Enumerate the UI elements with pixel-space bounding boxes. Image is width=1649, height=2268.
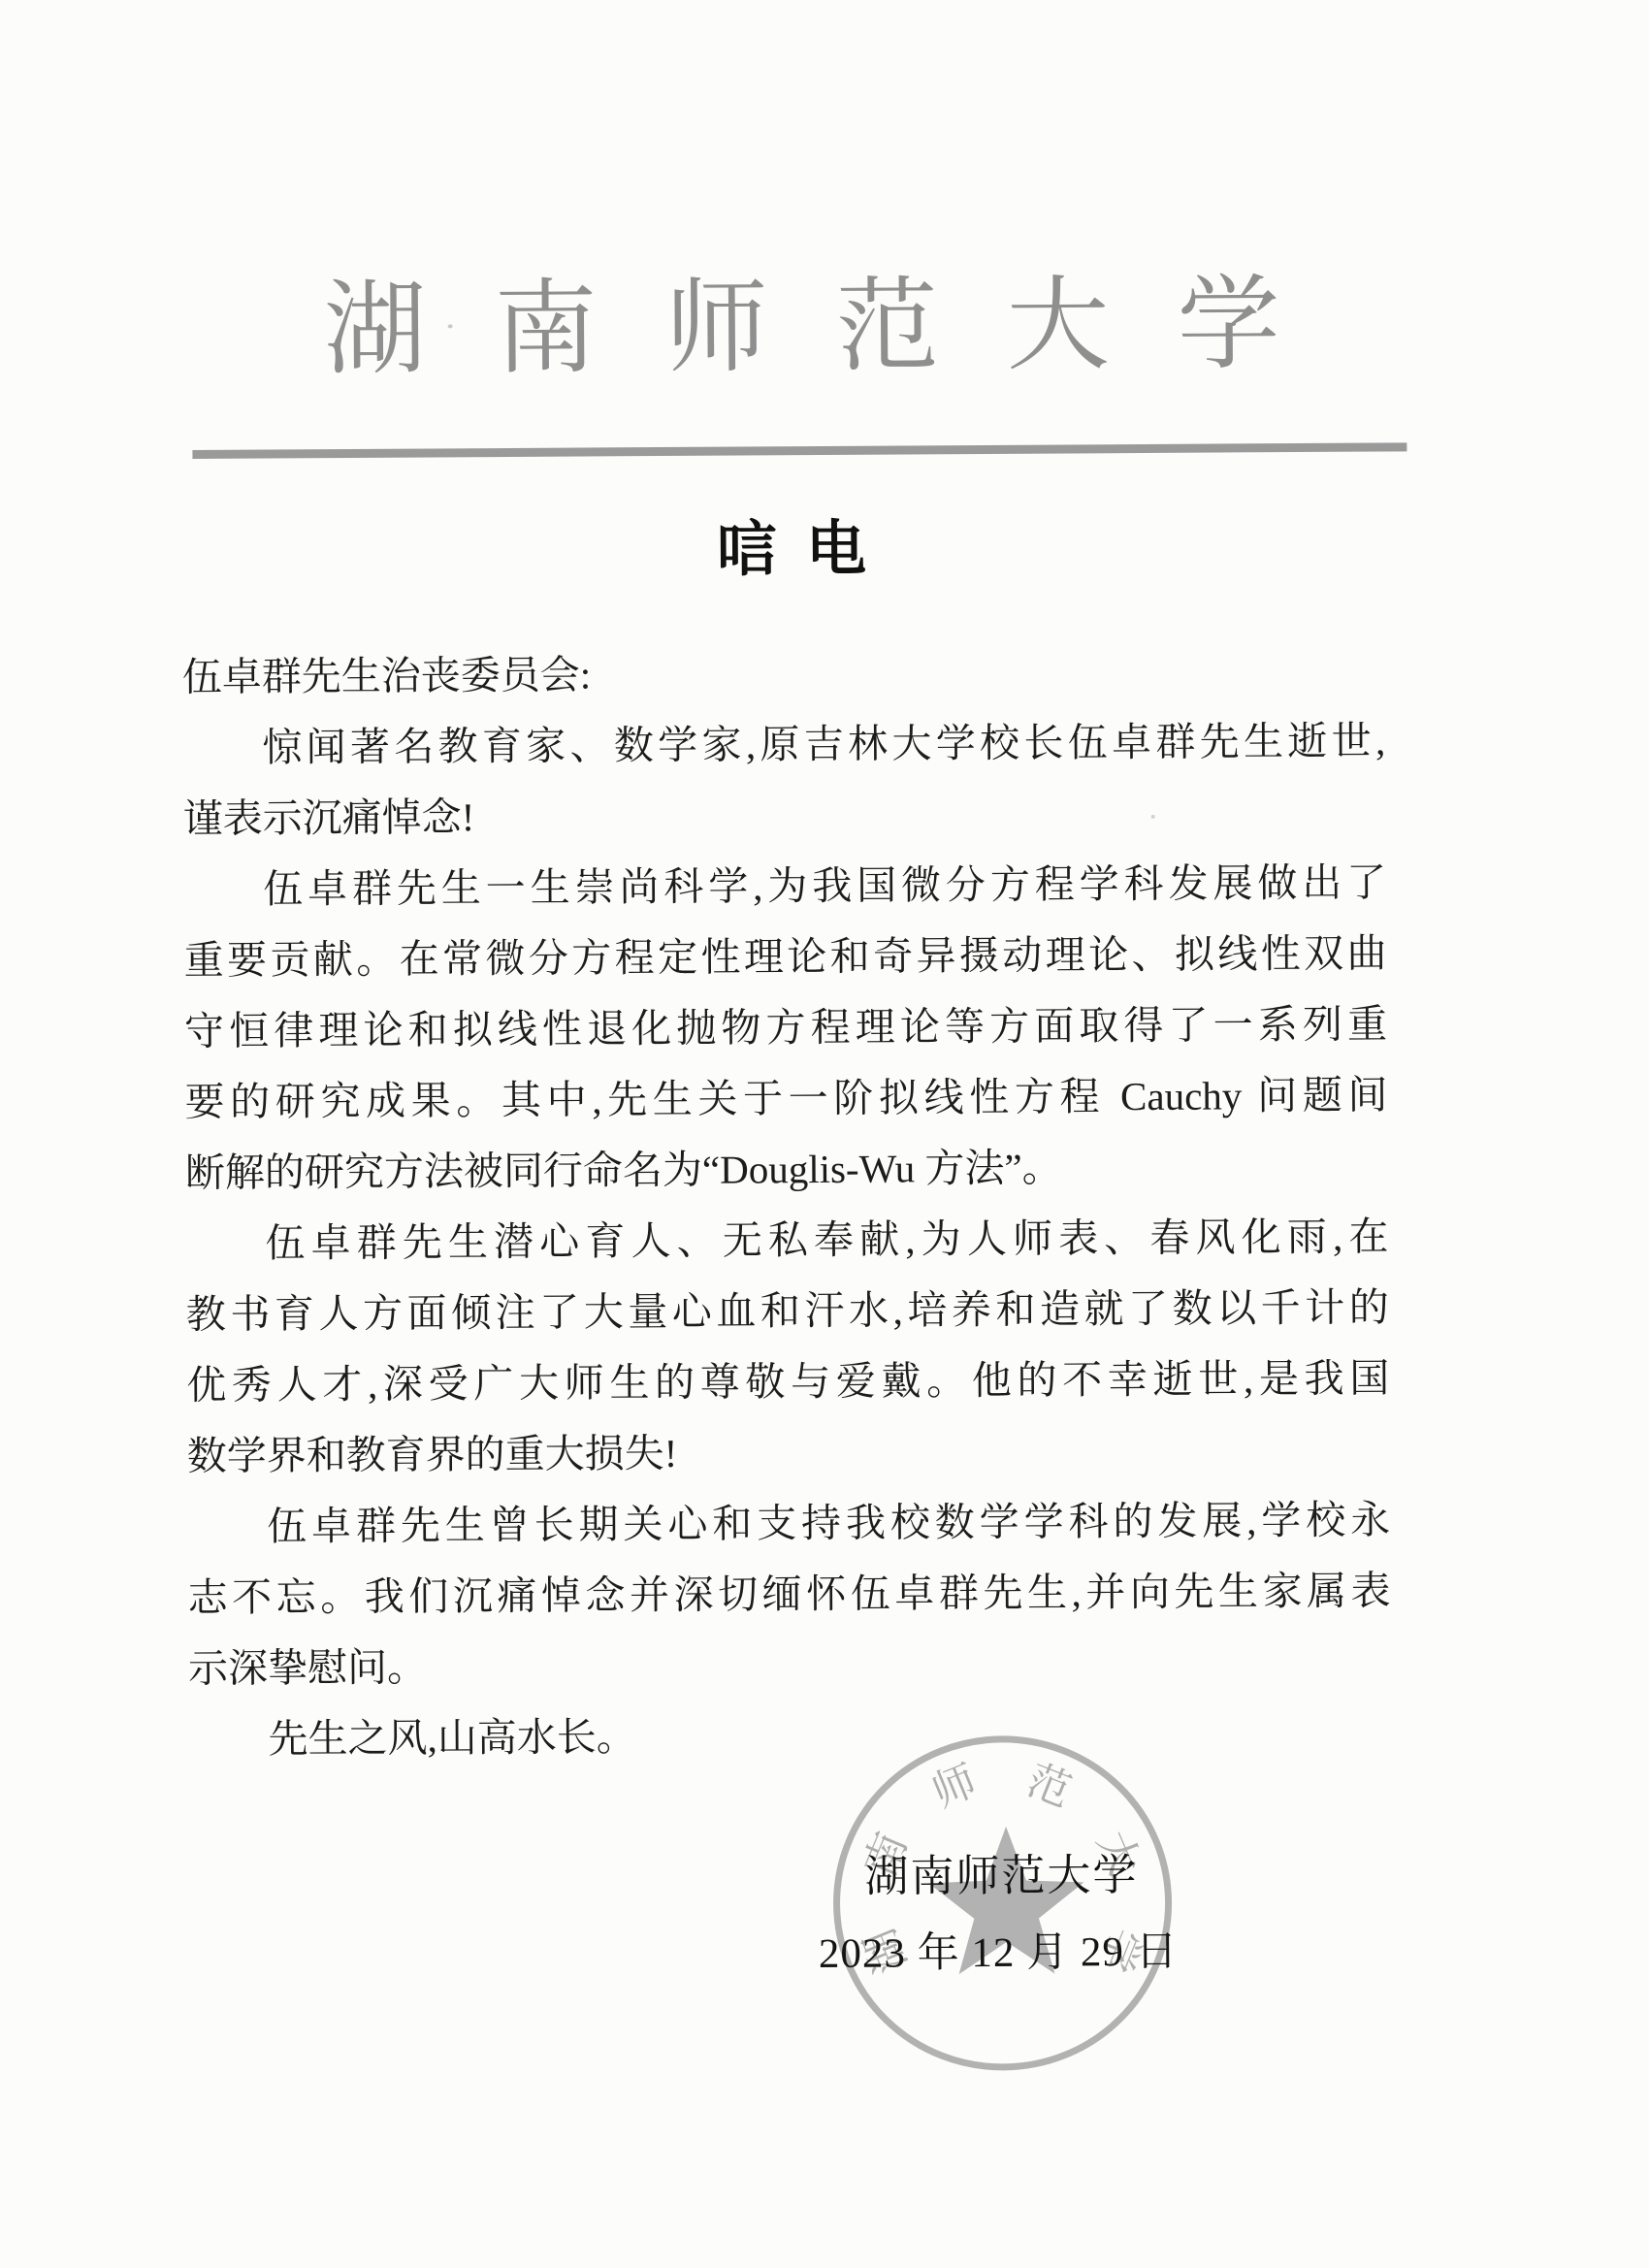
body-line: 伍卓群先生曾长期关心和支持我校数学学科的发展,学校永 — [187, 1484, 1390, 1563]
body-line: 示深挚慰问。 — [188, 1626, 1391, 1704]
body-line: 重要贡献。在常微分方程定性理论和奇异摄动理论、拟线性双曲 — [183, 918, 1386, 996]
salutation-line: 伍卓群先生治丧委员会: — [182, 634, 1385, 713]
body-line: 守恒律理论和拟线性退化抛物方程理论等方面取得了一系列重 — [184, 988, 1387, 1067]
university-letterhead: 湖南师范大学 — [323, 242, 1348, 395]
body-line: 先生之风,山高水长。 — [188, 1697, 1391, 1775]
body-line: 优秀人才,深受广大师生的尊敬与爱戴。他的不幸逝世,是我国 — [186, 1343, 1389, 1421]
body-line: 伍卓群先生潜心育人、无私奉献,为人师表、春风化雨,在 — [185, 1201, 1388, 1280]
signature-university-name: 湖南师范大学 — [864, 1839, 1138, 1904]
signature-date: 2023 年 12 月 29 日 — [819, 1919, 1179, 1980]
scan-speck — [448, 324, 453, 328]
seal-ring-char: 师 — [925, 1757, 983, 1817]
letterhead-divider-rule — [192, 442, 1406, 459]
letter-body: 伍卓群先生治丧委员会: 惊闻著名教育家、数学家,原吉林大学校长伍卓群先生逝世,谨… — [182, 634, 1392, 1775]
document-title: 唁电 — [717, 501, 896, 588]
body-line: 教书育人方面倾注了大量心血和汗水,培养和造就了数以千计的 — [186, 1272, 1389, 1350]
body-line: 数学界和教育界的重大损失! — [187, 1413, 1390, 1492]
body-line: 伍卓群先生一生崇尚科学,为我国微分方程学科发展做出了 — [183, 847, 1386, 925]
letter-page: 湖南师范大学 唁电 伍卓群先生治丧委员会: 惊闻著名教育家、数学家,原吉林大学校… — [0, 0, 1649, 2268]
body-line: 要的研究成果。其中,先生关于一阶拟线性方程 Cauchy 问题间 — [184, 1059, 1387, 1138]
body-line: 志不忘。我们沉痛悼念并深切缅怀伍卓群先生,并向先生家属表 — [187, 1555, 1390, 1634]
scanned-sheet: 湖南师范大学 唁电 伍卓群先生治丧委员会: 惊闻著名教育家、数学家,原吉林大学校… — [0, 0, 1649, 2268]
body-line: 惊闻著名教育家、数学家,原吉林大学校长伍卓群先生逝世, — [182, 705, 1385, 784]
seal-ring-char: 范 — [1020, 1756, 1078, 1816]
body-line: 谨表示沉痛悼念! — [182, 776, 1385, 855]
body-line: 断解的研究方法被同行命名为“Douglis-Wu 方法”。 — [185, 1130, 1388, 1209]
scan-speck — [1151, 815, 1155, 819]
university-seal-stamp: 湖南师范大学 — [828, 1733, 1180, 2076]
